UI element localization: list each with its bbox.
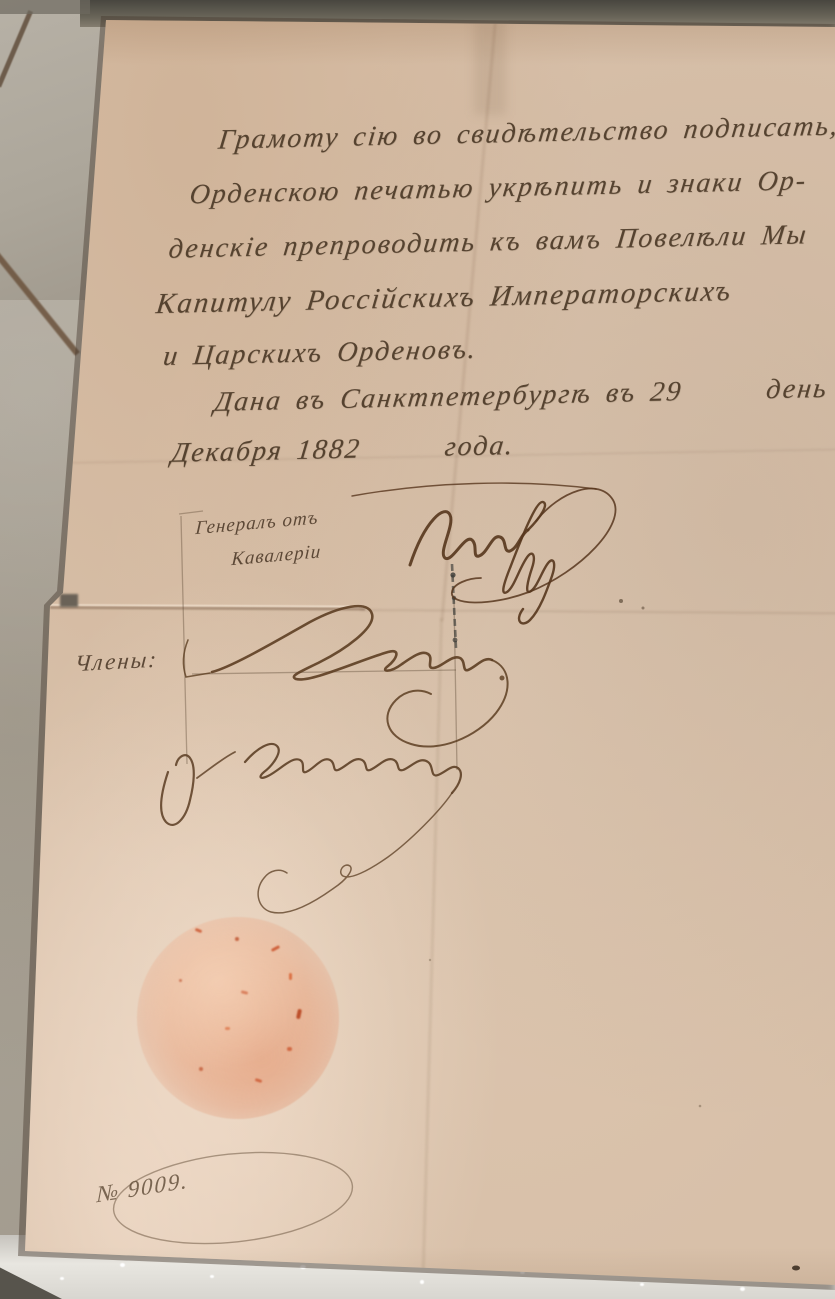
ink-speck <box>429 599 800 1271</box>
tile-glint <box>740 1287 745 1291</box>
ink-overlay <box>0 0 835 1299</box>
tile-glint <box>640 1283 644 1286</box>
tile-glint <box>420 1280 424 1284</box>
signature-general <box>352 483 616 623</box>
tile-dark-band <box>0 0 90 14</box>
tile-glint <box>120 1263 125 1267</box>
tile-glint <box>210 1275 214 1278</box>
document-sheet: Грамоту сію во свидѣтельство подписать, … <box>0 0 835 1299</box>
signature-member-1 <box>184 606 508 746</box>
signature-member-2 <box>161 744 461 913</box>
registry-number-oval <box>109 1142 357 1255</box>
tile-glint <box>60 1277 64 1280</box>
